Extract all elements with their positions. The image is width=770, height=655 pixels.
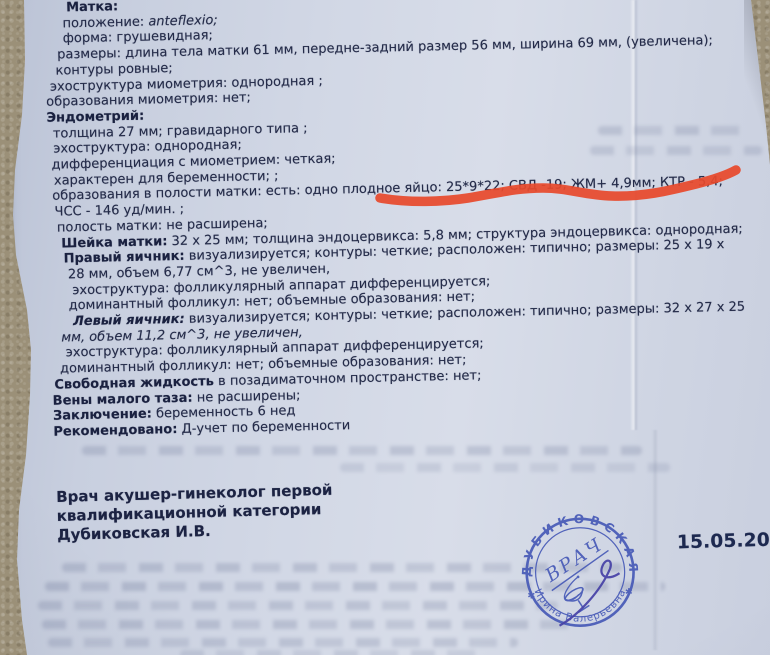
report-date: 15.05.2020 <box>677 530 770 554</box>
bowl-of-hygieia-icon <box>558 575 596 615</box>
bleedthrough-smudge <box>48 638 518 647</box>
report-body: Матка:положение: anteflexio;форма: груше… <box>36 0 761 441</box>
bleedthrough-smudge <box>180 650 480 655</box>
photo-background: Матка:положение: anteflexio;форма: груше… <box>0 0 770 655</box>
bleedthrough-smudge <box>38 601 558 610</box>
stamp-center-text: ВРАЧ <box>541 534 607 587</box>
stamp-separator-star: ✱ <box>527 591 535 602</box>
doctor-block: Врач акушер-гинеколог первой квалификаци… <box>56 481 334 545</box>
bleedthrough-smudge <box>340 463 670 472</box>
bleedthrough-smudge <box>42 620 582 629</box>
paper-edge-shadow <box>0 0 22 655</box>
stamp-separator-star: ✱ <box>625 587 633 598</box>
bleedthrough-smudge <box>82 446 642 455</box>
stamp-bottom-arc-text: Ирина Валерьевна <box>532 587 629 625</box>
report-paper: Матка:положение: anteflexio;форма: груше… <box>0 0 770 655</box>
doctor-stamp: ДУБИКОВСКАЯ Ирина Валерьевна ✱ ✱ ВРАЧ <box>507 501 657 651</box>
